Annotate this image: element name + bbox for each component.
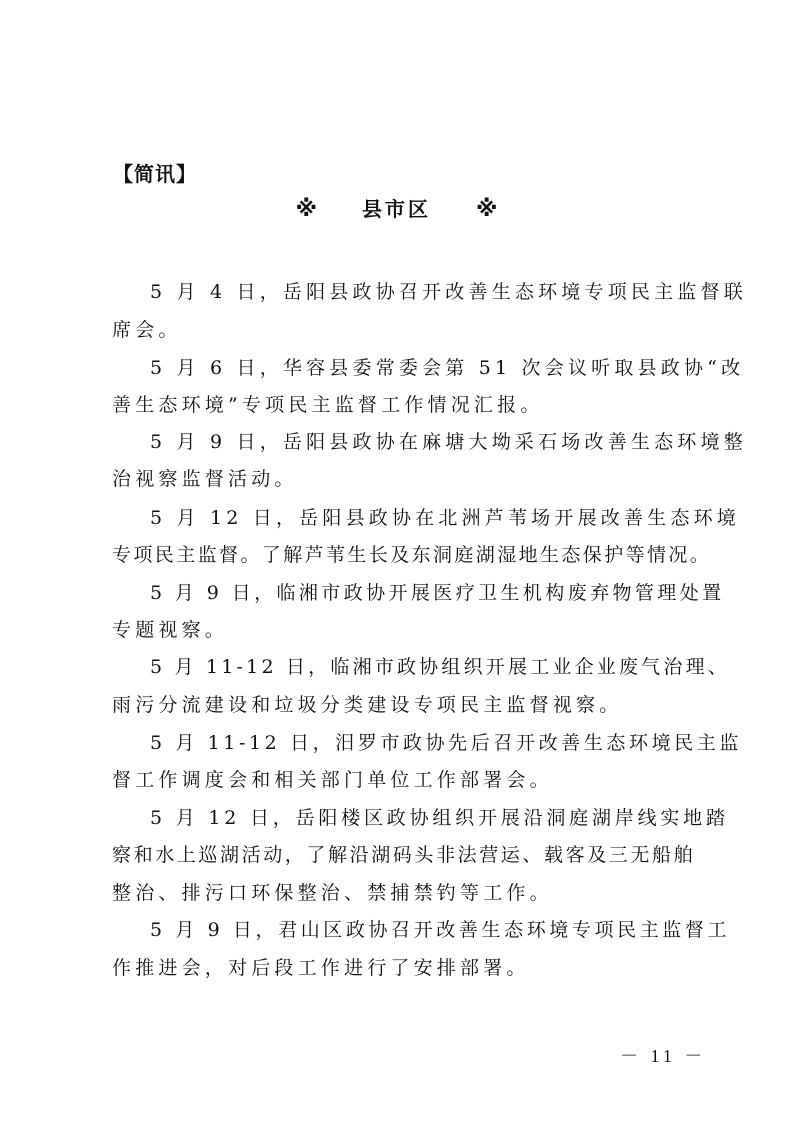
news-item-4-line-1: 5 月 12 日，岳阳县政协在北洲芦苇场开展改善生态环境 bbox=[150, 506, 740, 530]
news-item-2-line-2: 善生态环境”专项民主监督工作情况汇报。 bbox=[112, 393, 544, 417]
section-tag: 【简讯】 bbox=[113, 158, 197, 187]
section-heading: ※ 县市区 ※ bbox=[0, 193, 793, 222]
reference-mark-icon-right: ※ bbox=[476, 197, 497, 222]
news-item-2-line-1: 5 月 6 日，华容县委常委会第 51 次会议听取县政协“改 bbox=[150, 356, 744, 380]
news-item-9-line-1: 5 月 9 日，君山区政协召开改善生态环境专项民主监督工 bbox=[150, 918, 730, 942]
reference-mark-icon-left: ※ bbox=[296, 197, 317, 222]
news-item-9-line-2: 作推进会，对后段工作进行了安排部署。 bbox=[112, 956, 530, 980]
news-item-8-line-2: 察和水上巡湖活动，了解沿湖码头非法营运、载客及三无船舶 bbox=[112, 843, 695, 867]
document-page: 【简讯】 ※ 县市区 ※ 5 月 4 日，岳阳县政协召开改善生态环境专项民主监督… bbox=[0, 0, 793, 1122]
news-item-5-line-2: 专题视察。 bbox=[112, 618, 228, 642]
news-item-7-line-2: 督工作调度会和相关部门单位工作部署会。 bbox=[112, 768, 553, 792]
news-item-1-line-1: 5 月 4 日，岳阳县政协召开改善生态环境专项民主监督联 bbox=[150, 280, 747, 304]
page-number: － 11 － bbox=[620, 1042, 706, 1068]
news-item-8-line-3: 整治、排污口环保整治、禁捕禁钓等工作。 bbox=[112, 881, 553, 905]
news-item-6-line-2: 雨污分流建设和垃圾分类建设专项民主监督视察。 bbox=[112, 693, 622, 717]
news-item-3-line-2: 治视察监督活动。 bbox=[112, 467, 298, 491]
news-item-4-line-2: 专项民主监督。了解芦苇生长及东洞庭湖湿地生态保护等情况。 bbox=[112, 543, 711, 567]
news-item-1-line-2: 席会。 bbox=[112, 318, 182, 342]
news-item-3-line-1: 5 月 9 日，岳阳县政协在麻塘大坳采石场改善生态环境整 bbox=[150, 430, 747, 454]
news-item-8-line-1: 5 月 12 日，岳阳楼区政协组织开展沿洞庭湖岸线实地踏 bbox=[150, 806, 729, 830]
news-item-6-line-1: 5 月 11-12 日，临湘市政协组织开展工业企业废气治理、 bbox=[150, 655, 730, 679]
section-title: 县市区 bbox=[362, 193, 431, 222]
news-item-7-line-1: 5 月 11-12 日，汨罗市政协先后召开改善生态环境民主监 bbox=[150, 731, 742, 755]
news-item-5-line-1: 5 月 9 日，临湘市政协开展医疗卫生机构废弃物管理处置 bbox=[150, 581, 725, 605]
